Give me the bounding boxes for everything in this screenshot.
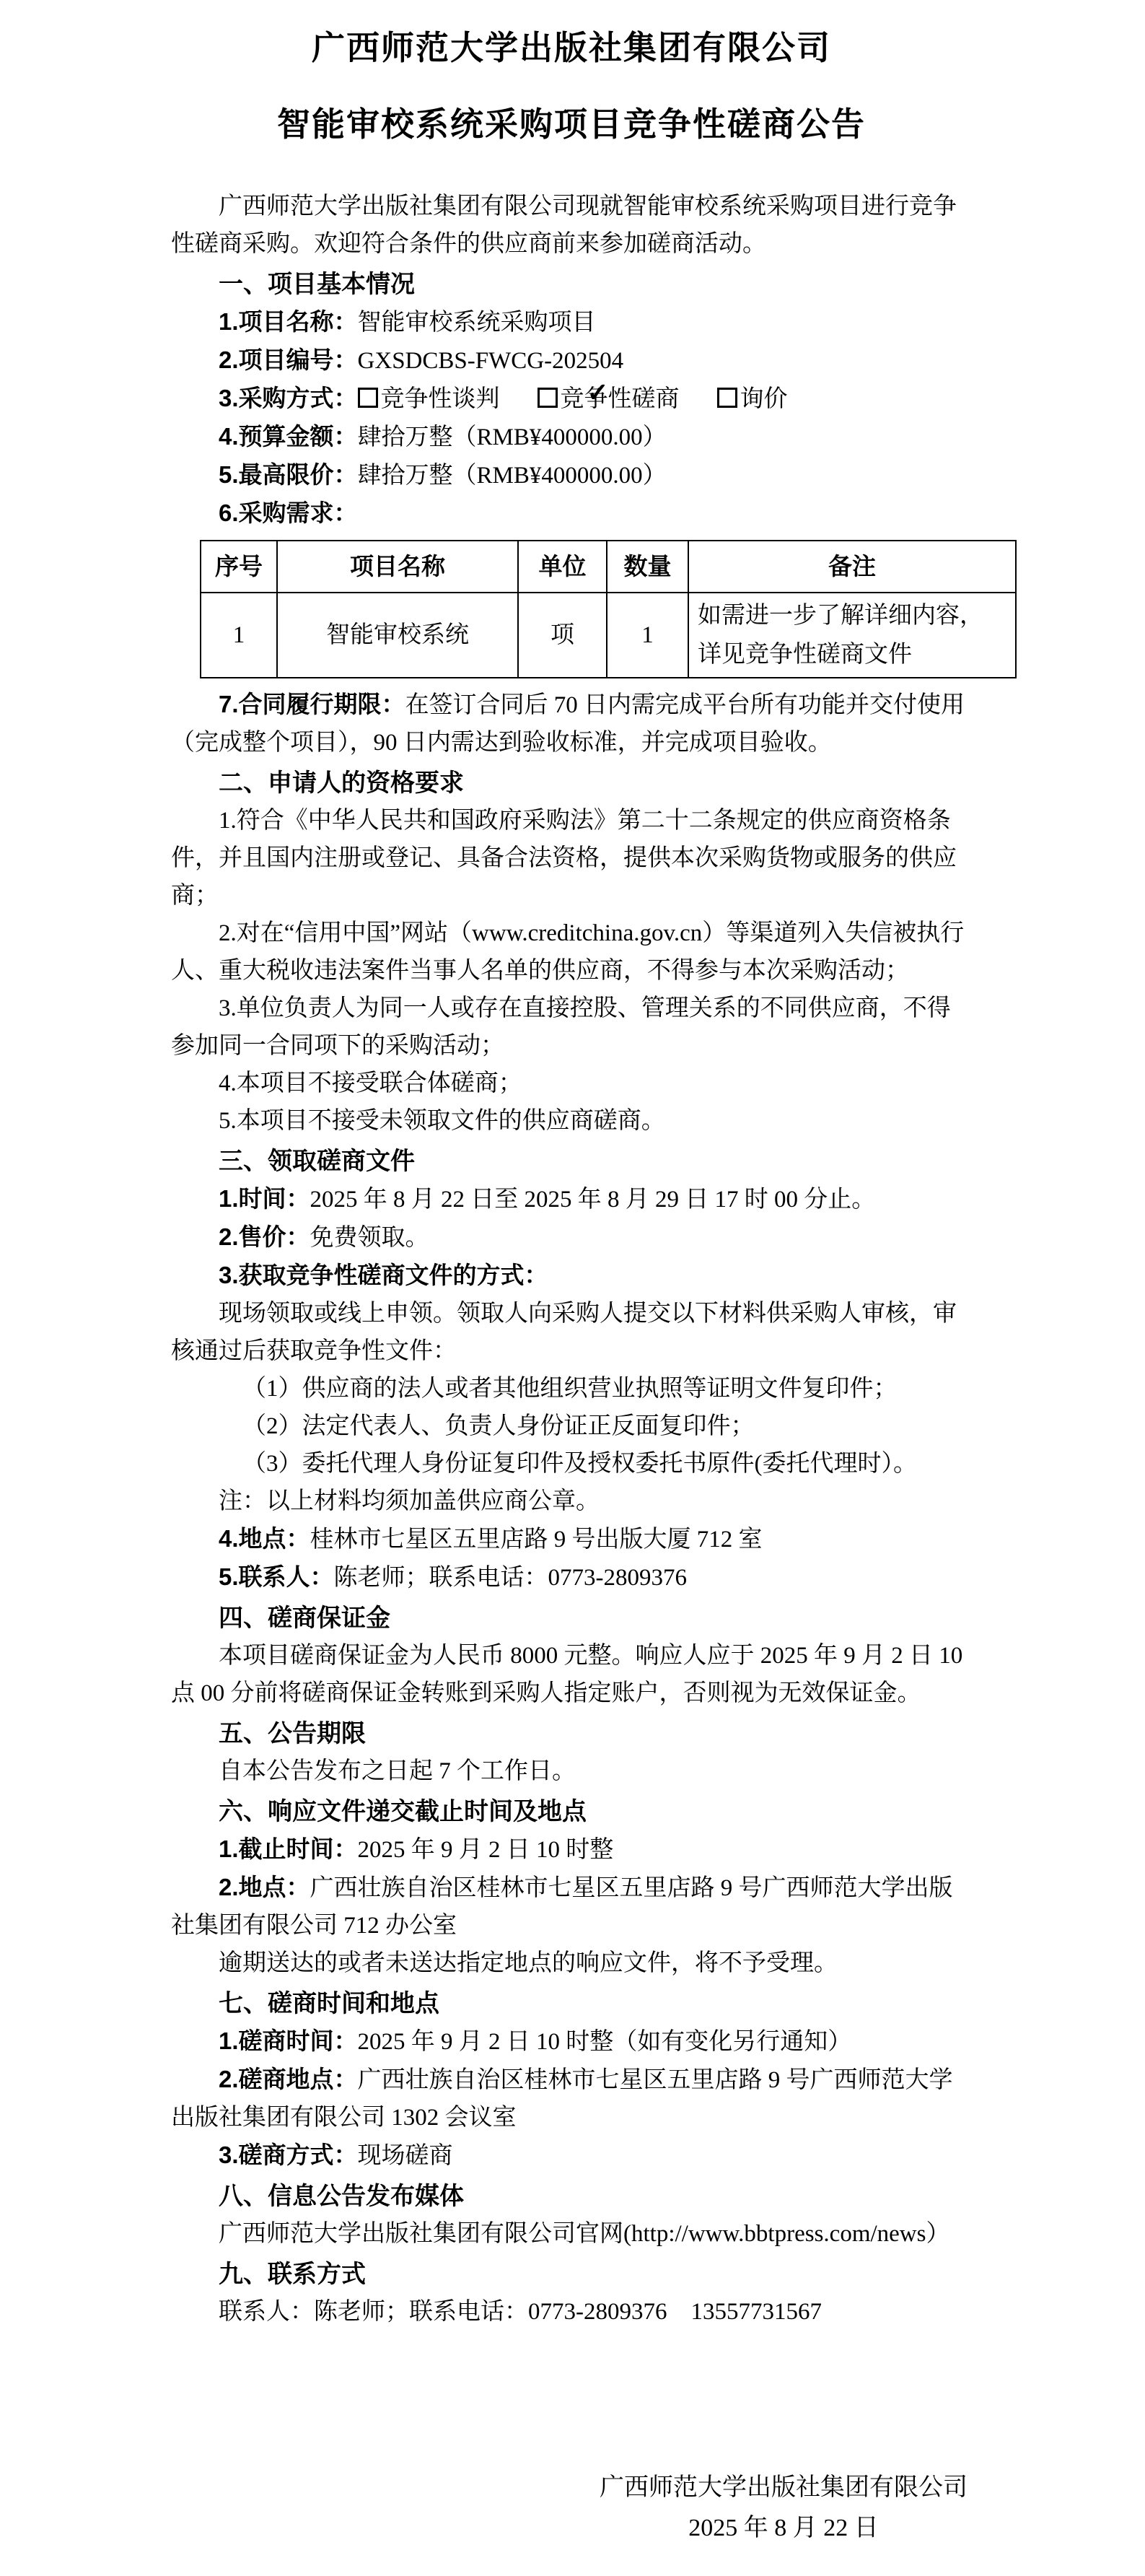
collection-time-line: 1.时间：2025 年 8 月 22 日至 2025 年 8 月 29 日 17… [171,1180,972,1218]
publish-media-paragraph: 广西师范大学出版社集团有限公司官网(http://www.bbtpress.co… [171,2215,972,2253]
cell-qty: 1 [607,593,688,678]
material-item: （3）委托代理人身份证复印件及授权委托书原件(委托代理时）。 [171,1445,972,1483]
field-value: 陈老师；联系电话：0773-2809376 [334,1565,688,1591]
late-submission-note: 逾期送达的或者未送达指定地点的响应文件，将不予受理。 [171,1944,972,1982]
signature-date: 2025 年 8 月 22 日 [600,2508,968,2549]
requirements-table: 序号 项目名称 单位 数量 备注 1 智能审校系统 项 1 如需进一步了解详细内… [200,540,1017,678]
checkbox-checked-icon [538,388,558,408]
signature-block: 广西师范大学出版社集团有限公司 2025 年 8 月 22 日 [600,2468,968,2549]
field-label: 2.磋商地点： [219,2066,358,2092]
section-qualification: 二、申请人的资格要求 1.符合《中华人民共和国政府采购法》第二十二条规定的供应商… [171,764,972,1140]
field-label: 4.地点： [219,1525,310,1552]
table-header-row: 序号 项目名称 单位 数量 备注 [201,541,1016,593]
intro-paragraph: 广西师范大学出版社集团有限公司现就智能审校系统采购项目进行竞争性磋商采购。欢迎符… [171,188,972,263]
col-header-name: 项目名称 [277,541,518,593]
field-label: 4.预算金额： [219,423,358,450]
section-contact: 九、联系方式 联系人：陈老师；联系电话：0773-2809376 1355773… [171,2256,972,2331]
qualification-item: 4.本项目不接受联合体磋商； [171,1065,972,1102]
section-submission-deadline: 六、响应文件递交截止时间及地点 1.截止时间：2025 年 9 月 2 日 10… [171,1793,972,1982]
field-value: 2025 年 8 月 22 日至 2025 年 8 月 29 日 17 时 00… [310,1187,876,1213]
field-label: 5.最高限价： [219,461,358,488]
submission-location-line: 2.地点：广西壮族自治区桂林市七星区五里店路 9 号广西师范大学出版社集团有限公… [171,1869,972,1944]
contact-line: 5.联系人：陈老师；联系电话：0773-2809376 [171,1558,972,1597]
section-publish-media: 八、信息公告发布媒体 广西师范大学出版社集团有限公司官网(http://www.… [171,2178,972,2253]
section-heading: 六、响应文件递交截止时间及地点 [171,1793,972,1830]
field-label: 1.时间： [219,1185,310,1212]
consultation-time-line: 1.磋商时间：2025 年 9 月 2 日 10 时整（如有变化另行通知） [171,2022,972,2061]
cell-unit: 项 [518,593,607,678]
obtain-method-desc: 现场领取或线上申领。领取人向采购人提交以下材料供采购人审核，审核通过后获取竞争性… [171,1295,972,1370]
cell-index: 1 [201,593,277,678]
field-value: 肆拾万整（RMB¥400000.00） [358,424,667,450]
field-value: 桂林市七星区五里店路 9 号出版大厦 712 室 [310,1527,763,1553]
document-title-line2: 智能审校系统采购项目竞争性磋商公告 [171,97,972,153]
field-label: 1.磋商时间： [219,2027,358,2054]
purchase-method-line: 3.采购方式：竞争性谈判竞争性磋商询价 [171,380,972,418]
section-heading: 二、申请人的资格要求 [171,764,972,802]
section-heading: 九、联系方式 [171,2256,972,2293]
checkbox-unchecked-icon [717,388,737,408]
consultation-method-line: 3.磋商方式：现场磋商 [171,2136,972,2175]
material-item: （2）法定代表人、负责人身份证正反面复印件； [171,1407,972,1445]
announcement-period-paragraph: 自本公告发布之日起 7 个工作日。 [171,1752,972,1790]
section-heading: 三、领取磋商文件 [171,1143,972,1180]
section-heading: 五、公告期限 [171,1715,972,1752]
field-value: 肆拾万整（RMB¥400000.00） [358,463,667,489]
cell-name: 智能审校系统 [277,593,518,678]
contact-paragraph: 联系人：陈老师；联系电话：0773-2809376 13557731567 [171,2293,972,2331]
qualification-item: 5.本项目不接受未领取文件的供应商磋商。 [171,1102,972,1140]
field-label: 3.获取竞争性磋商文件的方式： [219,1262,548,1288]
field-value: 现场磋商 [358,2143,453,2169]
price-line: 2.售价：免费领取。 [171,1218,972,1257]
field-label: 7.合同履行期限： [219,691,405,717]
signature-company: 广西师范大学出版社集团有限公司 [600,2468,968,2508]
col-header-index: 序号 [201,541,277,593]
section-heading: 七、磋商时间和地点 [171,1985,972,2022]
field-label: 2.地点： [219,1874,310,1900]
field-label: 6.采购需求： [219,499,358,526]
field-label: 5.联系人： [219,1563,334,1590]
purchase-demand-line: 6.采购需求： [171,494,972,533]
project-number-line: 2.项目编号：GXSDCBS-FWCG-202504 [171,341,972,380]
obtain-method-line: 3.获取竞争性磋商文件的方式： [171,1257,972,1295]
field-value: 智能审校系统采购项目 [358,310,596,336]
field-label: 2.项目编号： [219,346,358,373]
qualification-item: 2.对在“信用中国”网站（www.creditchina.gov.cn）等渠道列… [171,914,972,990]
section-deposit: 四、磋商保证金 本项目磋商保证金为人民币 8000 元整。响应人应于 2025 … [171,1599,972,1712]
field-label: 3.磋商方式： [219,2141,358,2168]
qualification-item: 3.单位负责人为同一人或存在直接控股、管理关系的不同供应商，不得参加同一合同项下… [171,990,972,1065]
section-document-collection: 三、领取磋商文件 1.时间：2025 年 8 月 22 日至 2025 年 8 … [171,1143,972,1597]
material-note: 注：以上材料均须加盖供应商公章。 [171,1483,972,1520]
field-label: 2.售价： [219,1223,310,1250]
table-row: 1 智能审校系统 项 1 如需进一步了解详细内容，详见竞争性磋商文件 [201,593,1016,678]
cell-note: 如需进一步了解详细内容，详见竞争性磋商文件 [688,593,1016,678]
budget-amount-line: 4.预算金额：肆拾万整（RMB¥400000.00） [171,418,972,456]
location-line: 4.地点：桂林市七星区五里店路 9 号出版大厦 712 室 [171,1520,972,1558]
field-label: 3.采购方式： [219,385,358,411]
field-value: 免费领取。 [310,1225,429,1251]
deadline-line: 1.截止时间：2025 年 9 月 2 日 10 时整 [171,1830,972,1869]
field-label: 1.项目名称： [219,308,358,335]
document-page: 广西师范大学出版社集团有限公司 智能审校系统采购项目竞争性磋商公告 广西师范大学… [0,0,1145,2576]
section-announcement-period: 五、公告期限 自本公告发布之日起 7 个工作日。 [171,1715,972,1790]
section-basic-info: 一、项目基本情况 1.项目名称：智能审校系统采购项目 2.项目编号：GXSDCB… [171,266,972,761]
deposit-paragraph: 本项目磋商保证金为人民币 8000 元整。响应人应于 2025 年 9 月 2 … [171,1637,972,1712]
option-inquiry: 询价 [717,386,788,412]
col-header-note: 备注 [688,541,1016,593]
consultation-place-line: 2.磋商地点：广西壮族自治区桂林市七星区五里店路 9 号广西师范大学出版社集团有… [171,2061,972,2136]
option-competitive-consultation: 竞争性磋商 [538,386,680,412]
qualification-item: 1.符合《中华人民共和国政府采购法》第二十二条规定的供应商资格条件，并且国内注册… [171,802,972,914]
contract-period-line: 7.合同履行期限：在签订合同后 70 日内需完成平台所有功能并交付使用（完成整个… [171,686,972,761]
section-consultation-time-place: 七、磋商时间和地点 1.磋商时间：2025 年 9 月 2 日 10 时整（如有… [171,1985,972,2175]
field-value: GXSDCBS-FWCG-202504 [358,348,624,374]
field-label: 1.截止时间： [219,1835,358,1862]
project-name-line: 1.项目名称：智能审校系统采购项目 [171,303,972,341]
section-heading: 一、项目基本情况 [171,266,972,303]
max-price-line: 5.最高限价：肆拾万整（RMB¥400000.00） [171,456,972,494]
col-header-unit: 单位 [518,541,607,593]
checkbox-unchecked-icon [358,388,378,408]
col-header-qty: 数量 [607,541,688,593]
section-heading: 四、磋商保证金 [171,1599,972,1637]
document-title-line1: 广西师范大学出版社集团有限公司 [171,20,972,77]
section-heading: 八、信息公告发布媒体 [171,2178,972,2215]
field-value: 2025 年 9 月 2 日 10 时整 [358,1837,614,1863]
field-value: 2025 年 9 月 2 日 10 时整（如有变化另行通知） [358,2029,852,2055]
option-competitive-negotiation: 竞争性谈判 [358,386,500,412]
material-item: （1）供应商的法人或者其他组织营业执照等证明文件复印件； [171,1370,972,1407]
